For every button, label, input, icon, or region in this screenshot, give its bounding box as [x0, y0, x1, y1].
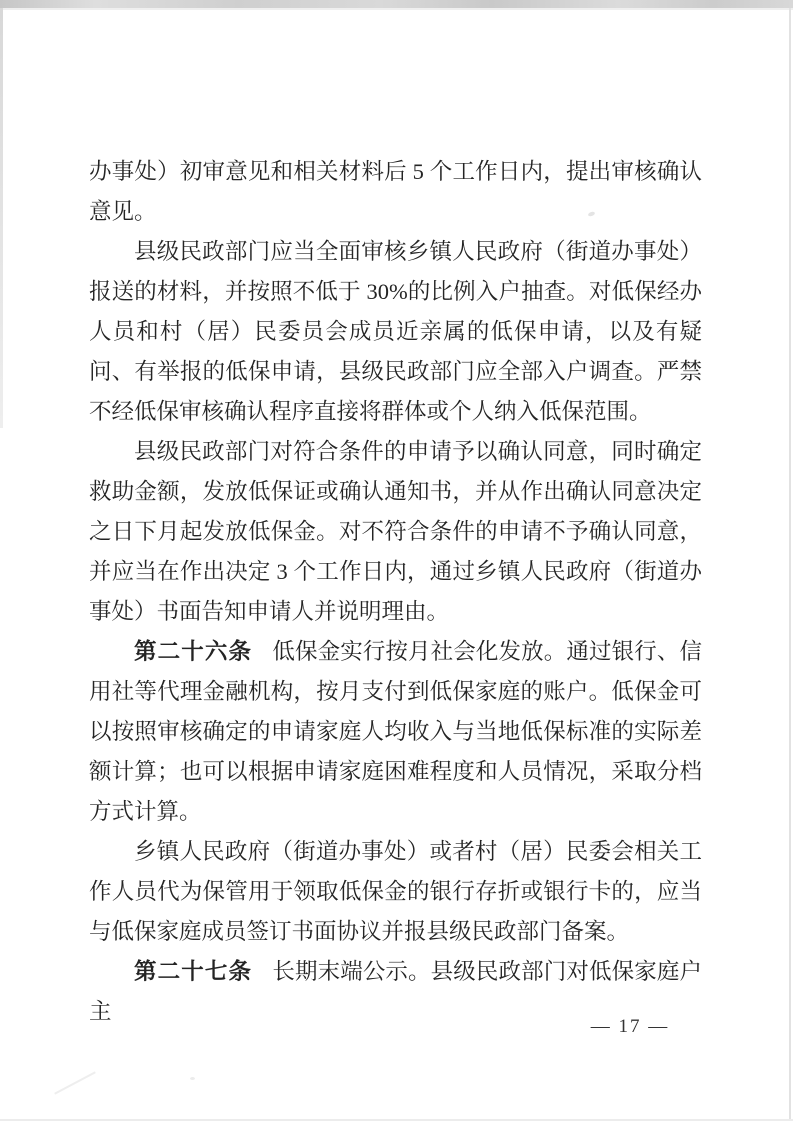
- paragraph: 县级民政部门应当全面审核乡镇人民政府（街道办事处）报送的材料，并按照不低于 30…: [89, 232, 702, 432]
- scan-speck: [190, 1077, 195, 1080]
- article-number-label: 第二十七条: [134, 959, 252, 984]
- paragraph-text: 低保金实行按月社会化发放。通过银行、信用社等代理金融机构，按月支付到低保家庭的账…: [89, 639, 702, 824]
- document-page: 办事处）初审意见和相关材料后 5 个工作日内，提出审核确认意见。 县级民政部门应…: [0, 0, 793, 1121]
- scan-edge-right: [789, 8, 791, 1119]
- paragraph-text: 乡镇人民政府（街道办事处）或者村（居）民委会相关工作人员代为保管用于领取低保金的…: [89, 839, 702, 944]
- paragraph-text: 县级民政部门对符合条件的申请予以确认同意，同时确定救助金额，发放低保证或确认通知…: [89, 439, 702, 624]
- paragraph-continuation: 办事处）初审意见和相关材料后 5 个工作日内，提出审核确认意见。: [89, 152, 702, 232]
- paragraph-text: 县级民政部门应当全面审核乡镇人民政府（街道办事处）报送的材料，并按照不低于 30…: [89, 239, 702, 424]
- page-number: — 17 —: [560, 1016, 700, 1038]
- paragraph-article-26: 第二十六条低保金实行按月社会化发放。通过银行、信用社等代理金融机构，按月支付到低…: [89, 632, 702, 832]
- page-body-text: 办事处）初审意见和相关材料后 5 个工作日内，提出审核确认意见。 县级民政部门应…: [89, 152, 702, 1032]
- scan-speck: [54, 1071, 96, 1094]
- paragraph: 乡镇人民政府（街道办事处）或者村（居）民委会相关工作人员代为保管用于领取低保金的…: [89, 832, 702, 952]
- paragraph: 县级民政部门对符合条件的申请予以确认同意，同时确定救助金额，发放低保证或确认通知…: [89, 432, 702, 632]
- article-number-label: 第二十六条: [134, 639, 252, 664]
- paragraph-text: 办事处）初审意见和相关材料后 5 个工作日内，提出审核确认意见。: [89, 159, 702, 224]
- scan-edge-left: [0, 8, 3, 428]
- scan-edge-top: [0, 0, 793, 10]
